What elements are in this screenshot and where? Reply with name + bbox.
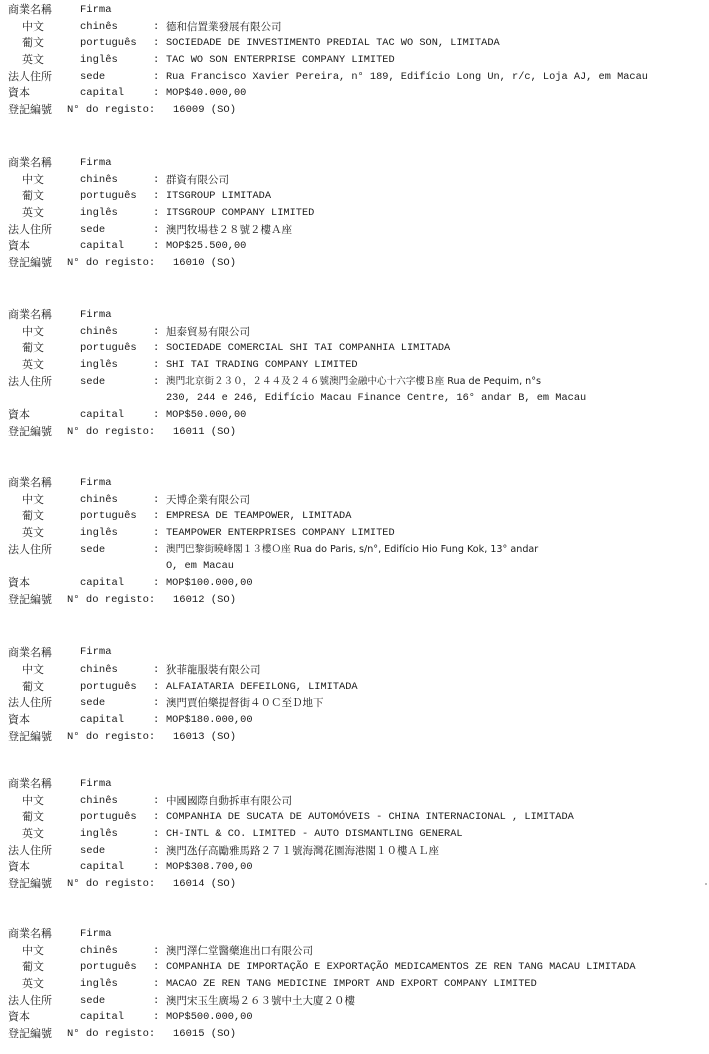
- ingles-label: inglês: [80, 205, 118, 222]
- sede-value-continued: 230, 244 e 246, Edifício Macau Finance C…: [166, 390, 586, 407]
- chines-label: chinês: [80, 793, 118, 810]
- firma-row: 商業名稱Firma: [0, 776, 709, 793]
- colon: :: [153, 205, 159, 222]
- portugues-label: português: [80, 809, 137, 826]
- colon: :: [153, 508, 159, 525]
- sede-row: 法人住所sede:Rua Francisco Xavier Pereira, n…: [0, 69, 709, 86]
- sede-row: 法人住所sede:澳門牧場巷２８號２樓Ａ座: [0, 222, 709, 239]
- registo-value: 16015 (SO): [173, 1026, 236, 1043]
- registo-row: 登記編號N° do registo:16010 (SO): [0, 255, 709, 272]
- portugues-label-cjk: 葡文: [22, 35, 44, 52]
- colon: :: [153, 188, 159, 205]
- colon: :: [153, 809, 159, 826]
- sede-value-continued: O, em Macau: [166, 558, 234, 575]
- firma-label: Firma: [80, 926, 112, 943]
- registo-value: 16013 (SO): [173, 729, 236, 746]
- colon: :: [153, 324, 159, 341]
- registo-label: N° do registo:: [67, 592, 155, 609]
- firma-label-cjk: 商業名稱: [8, 643, 52, 662]
- portugues-label: português: [80, 959, 137, 976]
- colon: :: [153, 575, 159, 592]
- ingles-name-value: MACAO ZE REN TANG MEDICINE IMPORT AND EX…: [166, 976, 537, 993]
- registo-value: 16010 (SO): [173, 255, 236, 272]
- portugues-label: português: [80, 340, 137, 357]
- colon: :: [153, 793, 159, 810]
- ingles-row: 英文inglês:TEAMPOWER ENTERPRISES COMPANY L…: [0, 525, 709, 542]
- colon: :: [153, 69, 159, 86]
- colon: :: [153, 959, 159, 976]
- sede-label-cjk: 法人住所: [8, 993, 52, 1010]
- portugues-row: 葡文português:ITSGROUP LIMITADA: [0, 188, 709, 205]
- registo-row: 登記編號N° do registo:16009 (SO): [0, 102, 709, 119]
- colon: :: [153, 943, 159, 960]
- colon: :: [153, 859, 159, 876]
- registo-row: 登記編號N° do registo:16013 (SO): [0, 729, 709, 746]
- capital-label: capital: [80, 712, 124, 729]
- sede-row: 法人住所sede:澳門賈伯樂提督街４０Ｃ至Ｄ地下: [0, 695, 709, 712]
- firma-label: Firma: [80, 475, 112, 492]
- portugues-row: 葡文português:COMPANHIA DE IMPORTAÇÃO E EX…: [0, 959, 709, 976]
- sede-row: 法人住所sede:澳門宋玉生廣場２６３號中土大廈２０樓: [0, 993, 709, 1010]
- sede-row: 法人住所sede:澳門氹仔高勵雅馬路２７１號海灣花園海港閣１０樓ＡＬ座: [0, 843, 709, 860]
- registo-label-cjk: 登記編號: [8, 102, 52, 119]
- registo-label-cjk: 登記編號: [8, 255, 52, 272]
- capital-label-cjk: 資本: [8, 238, 30, 255]
- capital-label-cjk: 資本: [8, 85, 30, 102]
- chines-label-cjk: 中文: [22, 19, 44, 36]
- portugues-name-value: ALFAIATARIA DEFEILONG, LIMITADA: [166, 679, 358, 696]
- chines-label-cjk: 中文: [22, 793, 44, 810]
- ingles-label: inglês: [80, 826, 118, 843]
- colon: :: [153, 374, 159, 391]
- ingles-label: inglês: [80, 52, 118, 69]
- colon: :: [153, 492, 159, 509]
- portugues-name-value: COMPANHIA DE SUCATA DE AUTOMÓVEIS - CHIN…: [166, 809, 574, 826]
- sede-label-cjk: 法人住所: [8, 843, 52, 860]
- ingles-name-value: TEAMPOWER ENTERPRISES COMPANY LIMITED: [166, 525, 395, 542]
- sede-label-cjk: 法人住所: [8, 542, 52, 559]
- registo-label-cjk: 登記編號: [8, 424, 52, 441]
- colon: :: [153, 222, 159, 239]
- firma-row: 商業名稱Firma: [0, 926, 709, 943]
- colon: :: [153, 238, 159, 255]
- chines-label: chinês: [80, 324, 118, 341]
- chines-label: chinês: [80, 19, 118, 36]
- ingles-label: inglês: [80, 976, 118, 993]
- colon: :: [153, 695, 159, 712]
- firma-row: 商業名稱Firma: [0, 155, 709, 172]
- capital-label-cjk: 資本: [8, 712, 30, 729]
- registo-label: N° do registo:: [67, 102, 155, 119]
- ingles-label-cjk: 英文: [22, 205, 44, 222]
- sede-label: sede: [80, 222, 105, 239]
- registo-label: N° do registo:: [67, 424, 155, 441]
- registo-value: 16012 (SO): [173, 592, 236, 609]
- firma-row: 商業名稱Firma: [0, 643, 709, 662]
- ingles-row: 英文inglês:SHI TAI TRADING COMPANY LIMITED: [0, 357, 709, 374]
- portugues-label: português: [80, 35, 137, 52]
- colon: :: [153, 826, 159, 843]
- sede-label-cjk: 法人住所: [8, 69, 52, 86]
- portugues-name-value: SOCIEDADE DE INVESTIMENTO PREDIAL TAC WO…: [166, 35, 500, 52]
- capital-row: 資本capital:MOP$100.000,00: [0, 575, 709, 592]
- firma-label-cjk: 商業名稱: [8, 155, 52, 172]
- portugues-row: 葡文português:SOCIEDADE COMERCIAL SHI TAI …: [0, 340, 709, 357]
- capital-row: 資本capital:MOP$50.000,00: [0, 407, 709, 424]
- capital-row: 資本capital:MOP$500.000,00: [0, 1009, 709, 1026]
- sede-continuation-row: O, em Macau: [0, 558, 709, 575]
- colon: :: [153, 1009, 159, 1026]
- capital-label-cjk: 資本: [8, 407, 30, 424]
- company-entry-16009: 商業名稱Firma 中文chinês:德和信置業發展有限公司 葡文portugu…: [0, 2, 709, 119]
- ingles-name-value: CH-INTL & CO. LIMITED - AUTO DISMANTLING…: [166, 826, 463, 843]
- ingles-label-cjk: 英文: [22, 525, 44, 542]
- portugues-name-value: ITSGROUP LIMITADA: [166, 188, 271, 205]
- colon: :: [153, 340, 159, 357]
- registo-row: 登記編號N° do registo:16011 (SO): [0, 424, 709, 441]
- registo-value: 16009 (SO): [173, 102, 236, 119]
- sede-label: sede: [80, 69, 105, 86]
- sede-label: sede: [80, 993, 105, 1010]
- capital-label: capital: [80, 407, 124, 424]
- company-entry-16011: 商業名稱Firma 中文chinês:旭泰貿易有限公司 葡文português:…: [0, 307, 709, 441]
- capital-value: MOP$50.000,00: [166, 407, 246, 424]
- colon: :: [153, 19, 159, 36]
- firma-label-cjk: 商業名稱: [8, 475, 52, 492]
- firma-label-cjk: 商業名稱: [8, 776, 52, 793]
- ingles-label-cjk: 英文: [22, 976, 44, 993]
- registo-row: 登記編號N° do registo:16012 (SO): [0, 592, 709, 609]
- registo-label-cjk: 登記編號: [8, 729, 52, 746]
- colon: :: [153, 976, 159, 993]
- capital-value: MOP$308.700,00: [166, 859, 253, 876]
- sede-label-cjk: 法人住所: [8, 374, 52, 391]
- firma-label: Firma: [80, 307, 112, 324]
- ingles-name-value: ITSGROUP COMPANY LIMITED: [166, 205, 314, 222]
- colon: :: [153, 679, 159, 696]
- chines-name-value: 德和信置業發展有限公司: [166, 19, 282, 36]
- capital-value: MOP$40.000,00: [166, 85, 246, 102]
- sede-value: 澳門氹仔高勵雅馬路２７１號海灣花園海港閣１０樓ＡＬ座: [166, 843, 439, 860]
- scan-speck: [705, 883, 707, 885]
- chines-name-value: 天博企業有限公司: [166, 492, 250, 509]
- chines-row: 中文chinês:狄菲龍服裝有限公司: [0, 662, 709, 679]
- ingles-row: 英文inglês:TAC WO SON ENTERPRISE COMPANY L…: [0, 52, 709, 69]
- sede-label: sede: [80, 542, 105, 559]
- colon: :: [153, 843, 159, 860]
- portugues-label: português: [80, 679, 137, 696]
- portugues-label-cjk: 葡文: [22, 508, 44, 525]
- portugues-name-value: EMPRESA DE TEAMPOWER, LIMITADA: [166, 508, 351, 525]
- chines-name-value: 澳門澤仁堂醫藥進出口有限公司: [166, 943, 313, 960]
- chines-row: 中文chinês:中國國際自動拆車有限公司: [0, 793, 709, 810]
- chines-label: chinês: [80, 943, 118, 960]
- colon: :: [153, 35, 159, 52]
- capital-value: MOP$25.500,00: [166, 238, 246, 255]
- company-entry-16014: 商業名稱Firma 中文chinês:中國國際自動拆車有限公司 葡文portug…: [0, 776, 709, 893]
- ingles-row: 英文inglês:ITSGROUP COMPANY LIMITED: [0, 205, 709, 222]
- ingles-label-cjk: 英文: [22, 357, 44, 374]
- capital-row: 資本capital:MOP$40.000,00: [0, 85, 709, 102]
- sede-continuation-row: 230, 244 e 246, Edifício Macau Finance C…: [0, 390, 709, 407]
- colon: :: [153, 172, 159, 189]
- portugues-label: português: [80, 188, 137, 205]
- company-entry-16010: 商業名稱Firma 中文chinês:群資有限公司 葡文português:IT…: [0, 155, 709, 272]
- registo-row: 登記編號N° do registo:16015 (SO): [0, 1026, 709, 1043]
- firma-label-cjk: 商業名稱: [8, 2, 52, 19]
- capital-row: 資本capital:MOP$180.000,00: [0, 712, 709, 729]
- sede-value: 澳門北京街２３０，２４４及２４６號澳門金融中心十六字樓Ｂ座 Rua de Peq…: [166, 374, 541, 391]
- firma-label: Firma: [80, 776, 112, 793]
- sede-value: 澳門巴黎街曉峰閣１３樓Ｏ座 Rua do Paris, s/n°, Edifíc…: [166, 542, 538, 559]
- chines-label-cjk: 中文: [22, 172, 44, 189]
- firma-row: 商業名稱Firma: [0, 2, 709, 19]
- sede-label-cjk: 法人住所: [8, 222, 52, 239]
- portugues-row: 葡文português:ALFAIATARIA DEFEILONG, LIMIT…: [0, 679, 709, 696]
- ingles-name-value: SHI TAI TRADING COMPANY LIMITED: [166, 357, 358, 374]
- sede-label: sede: [80, 374, 105, 391]
- portugues-label: português: [80, 508, 137, 525]
- registo-value: 16011 (SO): [173, 424, 236, 441]
- chines-label-cjk: 中文: [22, 324, 44, 341]
- ingles-label: inglês: [80, 525, 118, 542]
- registo-label: N° do registo:: [67, 876, 155, 893]
- capital-value: MOP$180.000,00: [166, 712, 253, 729]
- firma-label-cjk: 商業名稱: [8, 926, 52, 943]
- capital-value: MOP$500.000,00: [166, 1009, 253, 1026]
- registo-label-cjk: 登記編號: [8, 592, 52, 609]
- sede-value: Rua Francisco Xavier Pereira, n° 189, Ed…: [166, 69, 648, 86]
- chines-name-value: 狄菲龍服裝有限公司: [166, 662, 261, 679]
- colon: :: [153, 662, 159, 679]
- firma-label-cjk: 商業名稱: [8, 307, 52, 324]
- company-entry-16012: 商業名稱Firma 中文chinês:天博企業有限公司 葡文português:…: [0, 475, 709, 609]
- sede-label: sede: [80, 843, 105, 860]
- colon: :: [153, 357, 159, 374]
- portugues-label-cjk: 葡文: [22, 679, 44, 696]
- colon: :: [153, 525, 159, 542]
- chines-label-cjk: 中文: [22, 492, 44, 509]
- colon: :: [153, 52, 159, 69]
- chines-row: 中文chinês:群資有限公司: [0, 172, 709, 189]
- capital-label-cjk: 資本: [8, 1009, 30, 1026]
- capital-label: capital: [80, 85, 124, 102]
- firma-label: Firma: [80, 2, 112, 19]
- chines-name-value: 群資有限公司: [166, 172, 229, 189]
- capital-label: capital: [80, 859, 124, 876]
- portugues-label-cjk: 葡文: [22, 959, 44, 976]
- sede-value: 澳門宋玉生廣場２６３號中土大廈２０樓: [166, 993, 355, 1010]
- sede-label: sede: [80, 695, 105, 712]
- company-entry-16013: 商業名稱Firma 中文chinês:狄菲龍服裝有限公司 葡文português…: [0, 643, 709, 745]
- portugues-row: 葡文português:EMPRESA DE TEAMPOWER, LIMITA…: [0, 508, 709, 525]
- colon: :: [153, 85, 159, 102]
- capital-label: capital: [80, 1009, 124, 1026]
- chines-label-cjk: 中文: [22, 943, 44, 960]
- chines-label: chinês: [80, 492, 118, 509]
- registo-label: N° do registo:: [67, 729, 155, 746]
- chines-row: 中文chinês:德和信置業發展有限公司: [0, 19, 709, 36]
- ingles-label: inglês: [80, 357, 118, 374]
- sede-label-cjk: 法人住所: [8, 695, 52, 712]
- chines-label: chinês: [80, 172, 118, 189]
- capital-row: 資本capital:MOP$308.700,00: [0, 859, 709, 876]
- firma-label: Firma: [80, 155, 112, 172]
- sede-row: 法人住所sede:澳門北京街２３０，２４４及２４６號澳門金融中心十六字樓Ｂ座 R…: [0, 374, 709, 391]
- ingles-label-cjk: 英文: [22, 52, 44, 69]
- colon: :: [153, 712, 159, 729]
- ingles-row: 英文inglês:CH-INTL & CO. LIMITED - AUTO DI…: [0, 826, 709, 843]
- chines-name-value: 中國國際自動拆車有限公司: [166, 793, 292, 810]
- registo-label: N° do registo:: [67, 255, 155, 272]
- portugues-label-cjk: 葡文: [22, 188, 44, 205]
- portugues-name-value: COMPANHIA DE IMPORTAÇÃO E EXPORTAÇÃO MED…: [166, 959, 636, 976]
- chines-name-value: 旭泰貿易有限公司: [166, 324, 250, 341]
- company-entry-16015: 商業名稱Firma 中文chinês:澳門澤仁堂醫藥進出口有限公司 葡文port…: [0, 926, 709, 1043]
- colon: :: [153, 993, 159, 1010]
- portugues-label-cjk: 葡文: [22, 340, 44, 357]
- colon: :: [153, 407, 159, 424]
- ingles-row: 英文inglês:MACAO ZE REN TANG MEDICINE IMPO…: [0, 976, 709, 993]
- chines-row: 中文chinês:澳門澤仁堂醫藥進出口有限公司: [0, 943, 709, 960]
- capital-label-cjk: 資本: [8, 575, 30, 592]
- capital-label-cjk: 資本: [8, 859, 30, 876]
- portugues-row: 葡文português:COMPANHIA DE SUCATA DE AUTOM…: [0, 809, 709, 826]
- capital-row: 資本capital:MOP$25.500,00: [0, 238, 709, 255]
- portugues-label-cjk: 葡文: [22, 809, 44, 826]
- capital-value: MOP$100.000,00: [166, 575, 253, 592]
- firma-row: 商業名稱Firma: [0, 475, 709, 492]
- registo-label-cjk: 登記編號: [8, 876, 52, 893]
- ingles-name-value: TAC WO SON ENTERPRISE COMPANY LIMITED: [166, 52, 395, 69]
- firma-label: Firma: [80, 643, 112, 662]
- firma-row: 商業名稱Firma: [0, 307, 709, 324]
- chines-row: 中文chinês:旭泰貿易有限公司: [0, 324, 709, 341]
- colon: :: [153, 542, 159, 559]
- ingles-label-cjk: 英文: [22, 826, 44, 843]
- registo-label: N° do registo:: [67, 1026, 155, 1043]
- portugues-row: 葡文português:SOCIEDADE DE INVESTIMENTO PR…: [0, 35, 709, 52]
- registo-row: 登記編號N° do registo:16014 (SO): [0, 876, 709, 893]
- sede-row: 法人住所sede:澳門巴黎街曉峰閣１３樓Ｏ座 Rua do Paris, s/n…: [0, 542, 709, 559]
- registo-value: 16014 (SO): [173, 876, 236, 893]
- capital-label: capital: [80, 238, 124, 255]
- registo-label-cjk: 登記編號: [8, 1026, 52, 1043]
- chines-row: 中文chinês:天博企業有限公司: [0, 492, 709, 509]
- capital-label: capital: [80, 575, 124, 592]
- portugues-name-value: SOCIEDADE COMERCIAL SHI TAI COMPANHIA LI…: [166, 340, 450, 357]
- chines-label-cjk: 中文: [22, 662, 44, 679]
- sede-value: 澳門牧場巷２８號２樓Ａ座: [166, 222, 292, 239]
- chines-label: chinês: [80, 662, 118, 679]
- sede-value: 澳門賈伯樂提督街４０Ｃ至Ｄ地下: [166, 695, 324, 712]
